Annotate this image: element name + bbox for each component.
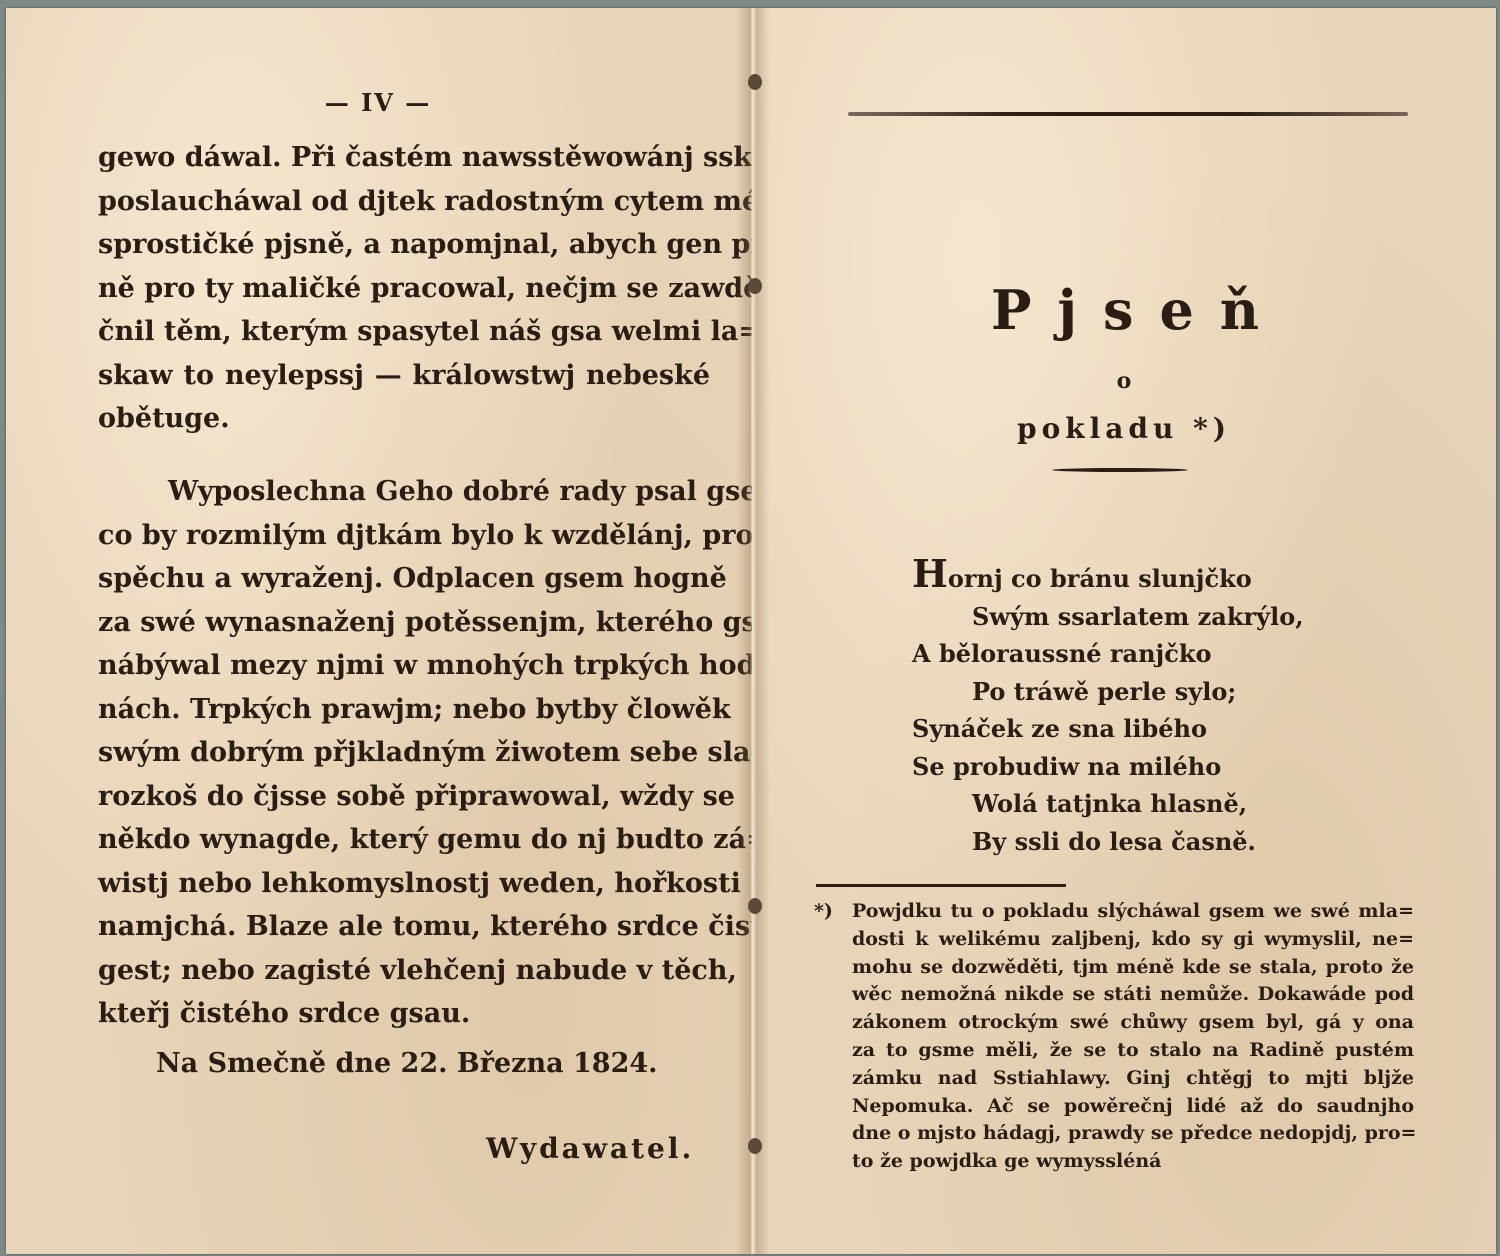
text-line: swým dobrým přjkladným žiwotem sebe slad…	[98, 731, 710, 775]
header-rule	[848, 112, 1408, 116]
footnote-line: wěc nemožná nikde se státi nemůže. Dokaw…	[814, 981, 1414, 1009]
footnote-rule	[816, 884, 1066, 887]
book-spread: — IV — gewo dáwal. Při častém nawsstěwow…	[6, 8, 1496, 1254]
text-line: nách. Trpkých prawjm; nebo bytby člowěk	[98, 688, 710, 732]
text-line: kteřj čistého srdce gsau.	[98, 992, 710, 1036]
book-gutter	[736, 8, 770, 1254]
dateline: Na Smečně dne 22. Března 1824.	[156, 1048, 658, 1079]
binding-stitch	[748, 1138, 762, 1154]
right-page: Pjseň o pokladu *) Hornj co bránu slunjč…	[752, 8, 1496, 1254]
footnote-line: dne o mjsto hádagj, prawdy se předce ned…	[814, 1120, 1414, 1148]
verse-line: Synáček ze sna libého	[912, 710, 1392, 748]
footnote-text: Powjdku tu o pokladu slýcháwal gsem we s…	[852, 900, 1414, 922]
text-line: nábýwal mezy njmi w mnohých trpkých hodi…	[98, 644, 710, 688]
song-subtitle: pokladu *)	[752, 412, 1496, 445]
footnote-line: zámku nad Sstiahlawy. Ginj chtěgj to mjt…	[814, 1065, 1414, 1093]
verse-line: Po tráwě perle sylo;	[912, 673, 1392, 711]
text-line: sprostičké pjsně, a napomjnal, abych gen…	[98, 223, 710, 267]
verse-line: By ssli do lesa časně.	[912, 823, 1392, 861]
left-page: — IV — gewo dáwal. Při častém nawsstěwow…	[6, 8, 751, 1254]
text-line: čnil těm, kterým spasytel náš gsa welmi …	[98, 310, 710, 354]
verse-line: Se probudiw na milého	[912, 748, 1392, 786]
text-line: skaw to neylepssj — králowstwj nebeské	[98, 354, 710, 398]
binding-stitch	[748, 74, 762, 90]
footnote-line: Nepomuka. Ač se powěrečnj lidé až do sau…	[814, 1093, 1414, 1121]
footnote: *)Powjdku tu o pokladu slýcháwal gsem we…	[814, 898, 1414, 1176]
footnote-line: zákonem otrockým swé chůwy gsem byl, gá …	[814, 1009, 1414, 1037]
footnote-line: dosti k welikému zaljbenj, kdo sy gi wym…	[814, 926, 1414, 954]
binding-stitch	[748, 898, 762, 914]
text-line: poslaucháwal od djtek radostným cytem mé	[98, 180, 710, 224]
drop-initial: H	[912, 551, 948, 596]
text-line: Wyposlechna Geho dobré rady psal gsem,	[98, 470, 710, 514]
verse-line: Swým ssarlatem zakrýlo,	[912, 598, 1392, 636]
title-connector: o	[752, 368, 1496, 394]
footnote-line: to že powjdka ge wymyssléná	[814, 1148, 1414, 1176]
signature: Wydawatel.	[486, 1132, 694, 1165]
paragraph-1: gewo dáwal. Při častém nawsstěwowánj ssk…	[98, 136, 710, 441]
text-line: gewo dáwal. Při častém nawsstěwowánj ssk…	[98, 136, 710, 180]
verse-line: Hornj co bránu slunjčko	[912, 560, 1392, 598]
text-line: spěchu a wyraženj. Odplacen gsem hogně	[98, 557, 710, 601]
footnote-line: *)Powjdku tu o pokladu slýcháwal gsem we…	[814, 898, 1414, 926]
binding-stitch	[748, 278, 762, 294]
text-line: někdo wynagde, který gemu do nj budto zá…	[98, 818, 710, 862]
text-line: rozkoš do čjsse sobě připrawowal, wždy s…	[98, 775, 710, 819]
text-line: namjchá. Blaze ale tomu, kterého srdce č…	[98, 905, 710, 949]
page-number: — IV —	[6, 88, 750, 117]
text-line: gest; nebo zagisté vlehčenj nabude v těc…	[98, 949, 710, 993]
verse-line: A běloraussné ranjčko	[912, 635, 1392, 673]
title-rule	[1052, 468, 1188, 472]
text-line: co by rozmilým djtkám bylo k wzdělánj, p…	[98, 514, 710, 558]
text-line: za swé wynasnaženj potěssenjm, kterého g…	[98, 601, 710, 645]
text-line: ně pro ty maličké pracowal, nečjm se zaw…	[98, 267, 710, 311]
song-title: Pjseň	[752, 278, 1500, 342]
footnote-marker: *)	[814, 898, 852, 926]
paragraph-2: Wyposlechna Geho dobré rady psal gsem, c…	[98, 470, 710, 1036]
footnote-line: mohu se dozwěděti, tjm méně kde se stala…	[814, 954, 1414, 982]
footnote-line: za to gsme měli, že se to stalo na Radin…	[814, 1037, 1414, 1065]
poem: Hornj co bránu slunjčko Swým ssarlatem z…	[912, 560, 1392, 860]
text-line: obětuge.	[98, 397, 710, 441]
verse-text: ornj co bránu slunjčko	[948, 564, 1252, 593]
text-line: wistj nebo lehkomyslnostj weden, hořkost…	[98, 862, 710, 906]
verse-line: Wolá tatjnka hlasně,	[912, 785, 1392, 823]
